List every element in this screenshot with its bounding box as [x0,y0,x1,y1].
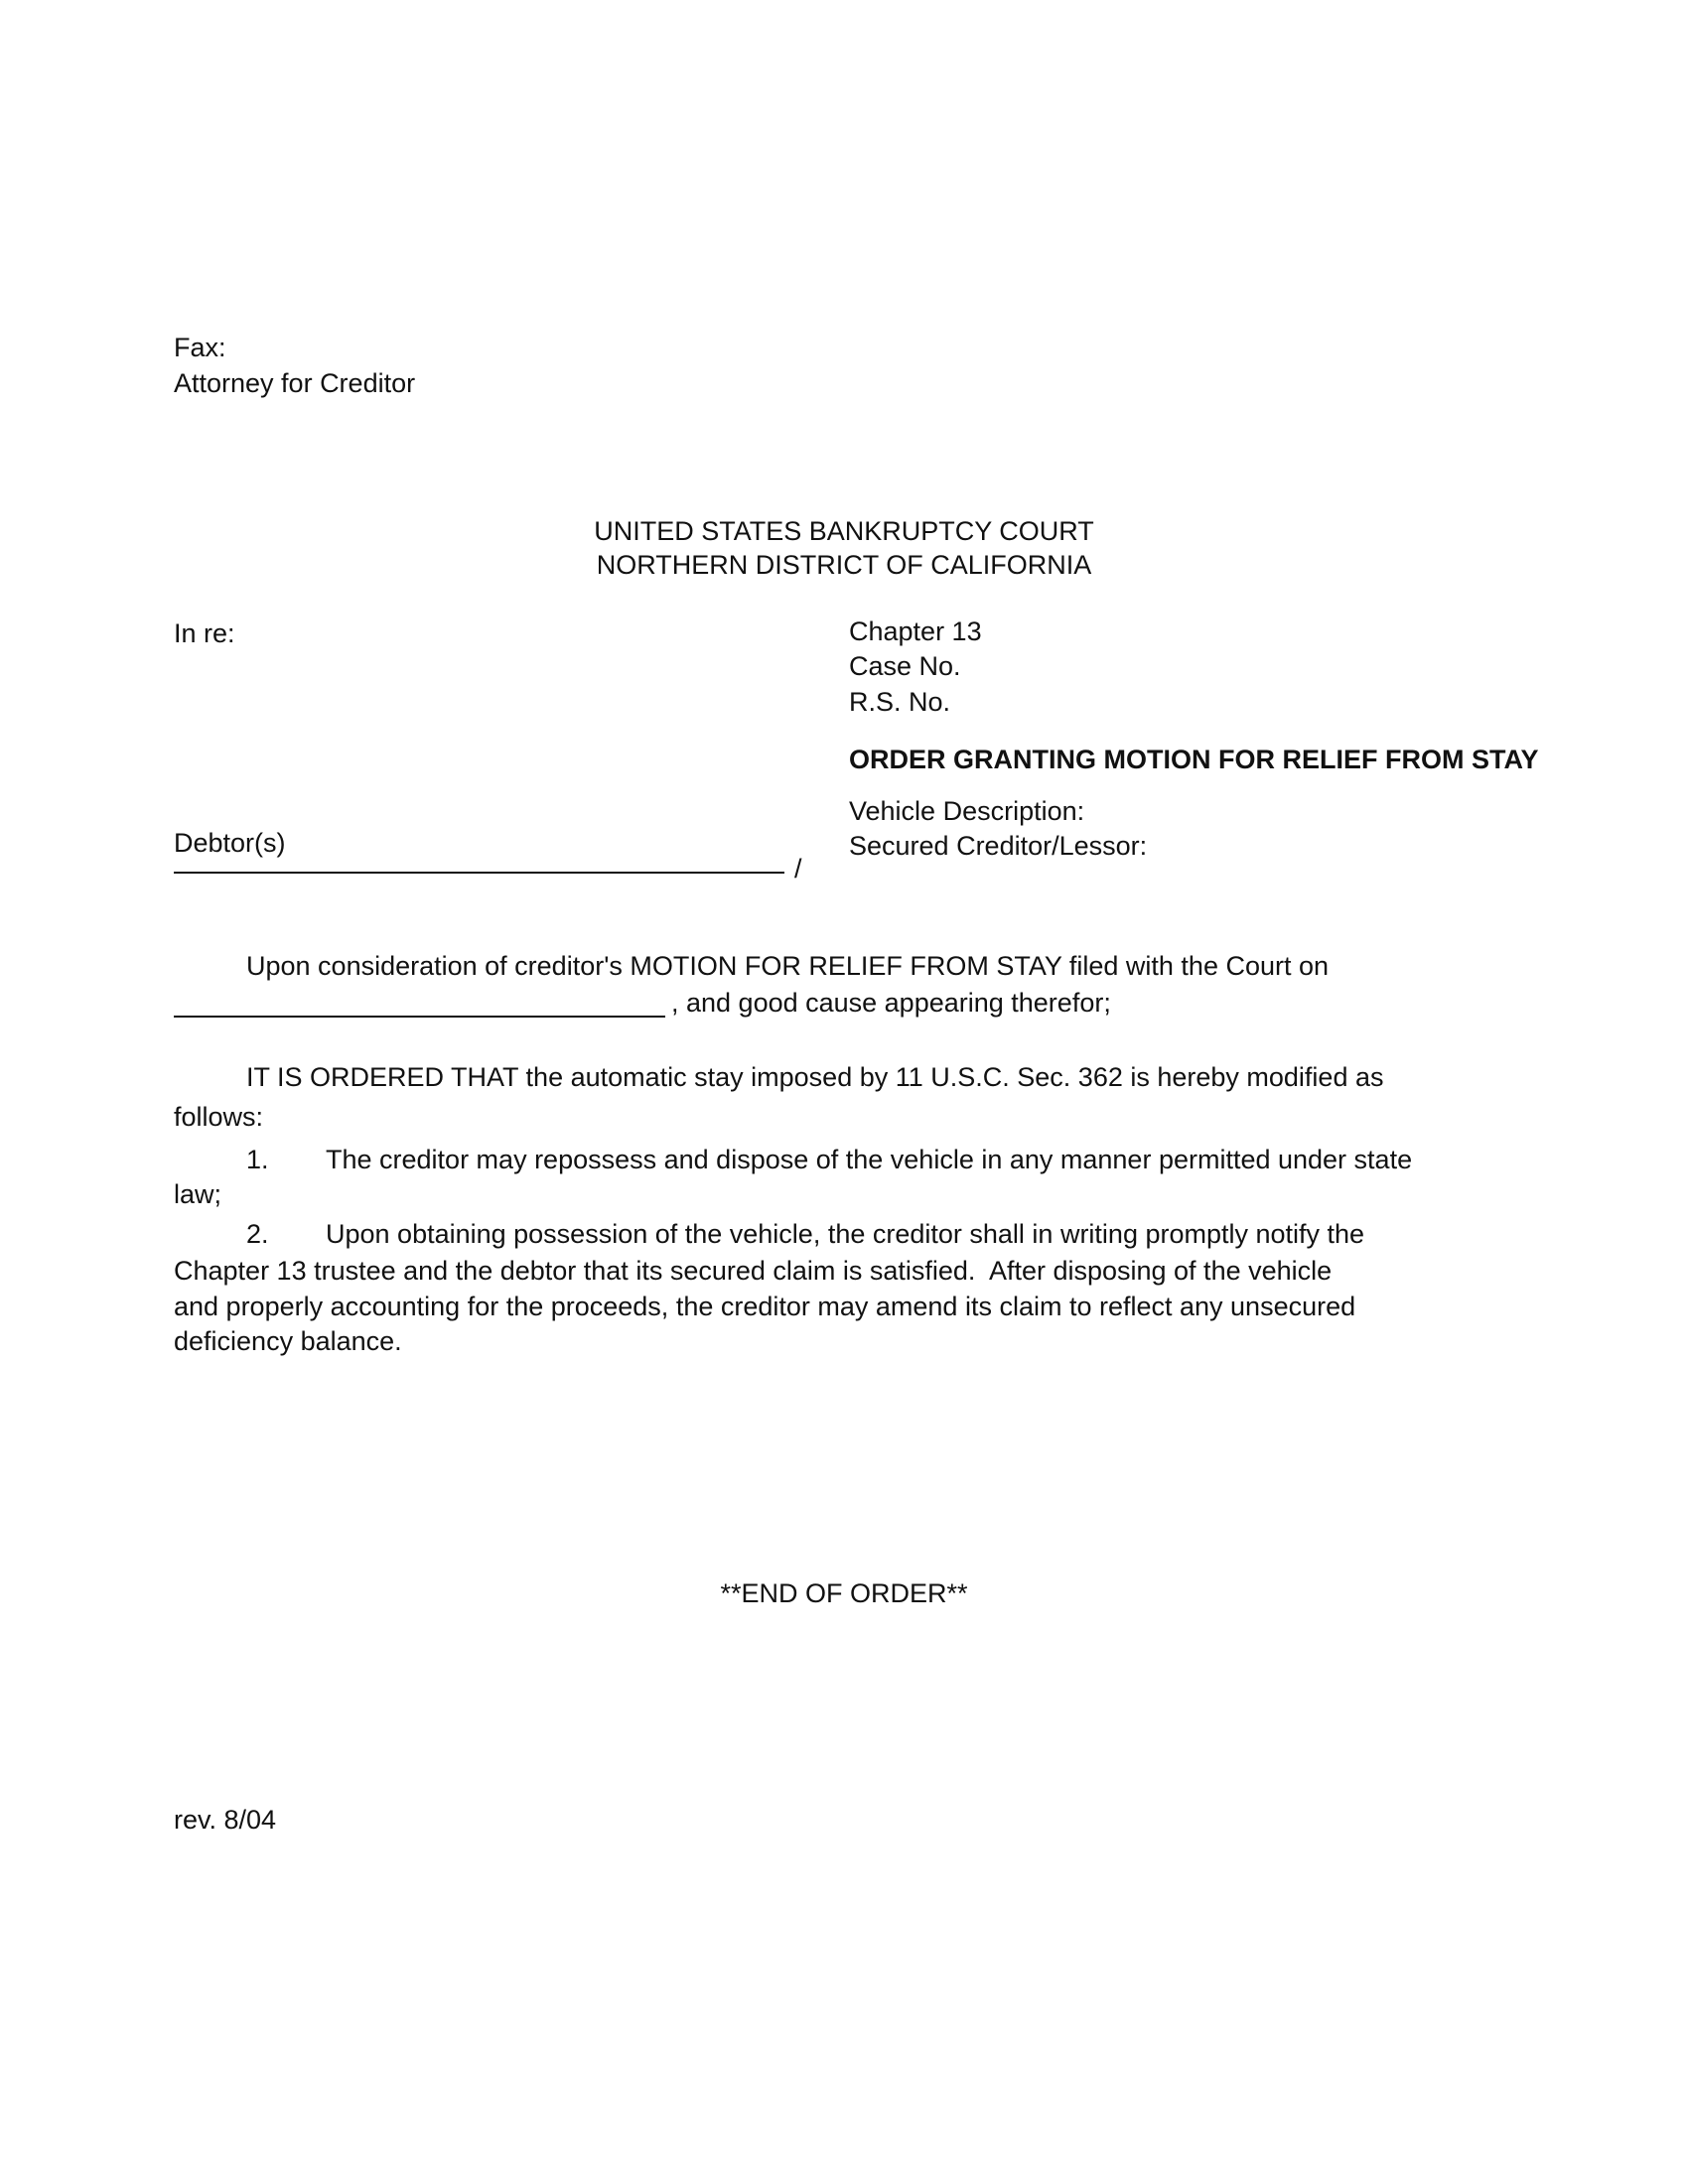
item-1-line-1: The creditor may repossess and dispose o… [326,1147,1412,1173]
court-district: NORTHERN DISTRICT OF CALIFORNIA [0,552,1688,579]
debtor-label: Debtor(s) [174,830,286,857]
in-re-label: In re: [174,620,235,647]
secured-creditor-label: Secured Creditor/Lessor: [849,833,1147,860]
order-line-1: IT IS ORDERED THAT the automatic stay im… [246,1064,1383,1091]
rs-no-label: R.S. No. [849,689,950,716]
item-2-line-2: Chapter 13 trustee and the debtor that i… [174,1258,1332,1285]
attorney-role: Attorney for Creditor [174,370,415,397]
case-no-label: Case No. [849,653,961,680]
fax-label: Fax: [174,335,226,361]
item-1-number: 1. [246,1147,269,1173]
debtor-caption-rule [174,872,784,874]
court-order-page: Fax: Attorney for Creditor UNITED STATES… [0,0,1688,2184]
document-title: ORDER GRANTING MOTION FOR RELIEF FROM ST… [849,747,1539,773]
recital-line-1: Upon consideration of creditor's MOTION … [246,953,1329,980]
recital-line-2: , and good cause appearing therefor; [671,990,1111,1017]
motion-date-blank [174,1016,665,1018]
item-2-line-3: and properly accounting for the proceeds… [174,1294,1355,1320]
revision-note: rev. 8/04 [174,1807,276,1834]
caption-slash: / [794,856,802,883]
item-2-line-4: deficiency balance. [174,1328,402,1355]
item-1-line-2: law; [174,1181,221,1208]
order-line-2: follows: [174,1104,263,1131]
court-name: UNITED STATES BANKRUPTCY COURT [0,518,1688,545]
vehicle-description-label: Vehicle Description: [849,798,1084,825]
item-2-line-1: Upon obtaining possession of the vehicle… [326,1221,1364,1248]
chapter-label: Chapter 13 [849,618,982,645]
end-of-order-marker: **END OF ORDER** [0,1580,1688,1607]
item-2-number: 2. [246,1221,269,1248]
